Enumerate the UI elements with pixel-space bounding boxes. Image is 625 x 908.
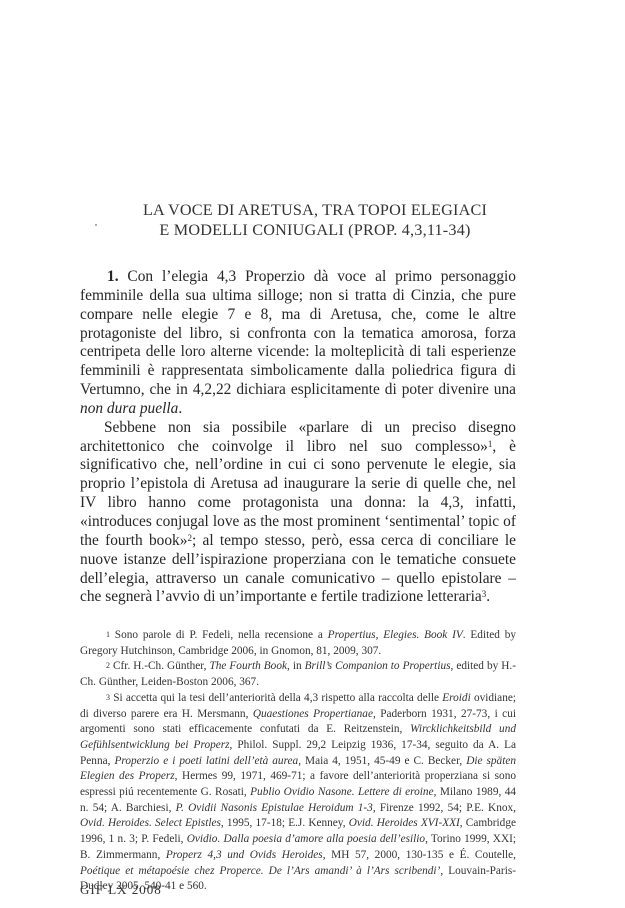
paragraph-1: 1. Con l’elegia 4,3 Properzio dà voce al… <box>80 268 516 419</box>
footnote-title: Quaestiones Propertianae <box>253 708 373 720</box>
footnote-title: Ovidio. Dalla poesia d’amore alla poesia… <box>187 833 425 845</box>
footnote-title: The Fourth Book <box>209 660 287 672</box>
footnote-1: 1 Sono parole di P. Fedeli, nella recens… <box>80 628 516 659</box>
footnote-text: , in <box>287 660 305 672</box>
footnote-text: , MH 57, 2000, 130-135 e É. Coutelle, <box>323 849 516 861</box>
footnote-mark: 2 <box>106 661 110 670</box>
title-line-1: LA VOCE DI ARETUSA, TRA TOPOI ELEGIACI <box>80 200 550 220</box>
section-number: 1. <box>107 268 119 285</box>
footnote-title: Eroidi <box>442 692 470 704</box>
footnote-title: Propertius, Elegies. Book IV <box>328 629 463 641</box>
footnote-title: P. Ovidii Nasonis Epistulae Heroidum 1-3 <box>176 802 373 814</box>
footnote-text: Cfr. H.-Ch. Günther, <box>110 660 209 672</box>
footnote-title: Properzio e i poeti latini dell’età aure… <box>114 755 298 767</box>
footnote-mark: 1 <box>106 630 110 639</box>
footnote-text: , Maia 4, 1951, 45-49 e C. Becker, <box>298 755 466 767</box>
paragraph-2-part-4: . <box>486 588 490 605</box>
footnote-title: Ovid. Heroides. Select Epistles <box>80 817 221 829</box>
footnotes: 1 Sono parole di P. Fedeli, nella recens… <box>80 628 516 895</box>
journal-footer: GIF LX 2008 <box>80 882 162 898</box>
footnote-3: 3 Si accetta qui la tesi dell’anteriorit… <box>80 691 516 895</box>
footnote-ref-1[interactable]: 1 <box>488 439 493 449</box>
paragraph-1-text: Con l’elegia 4,3 Properzio dà voce al pr… <box>80 268 516 398</box>
footnote-title: Brill’s Companion to Propertius <box>305 660 451 672</box>
footnote-title: Ovid. Heroides XVI-XXI <box>349 817 460 829</box>
footnote-text: Sono parole di P. Fedeli, nella recensio… <box>110 629 328 641</box>
footnote-2: 2 Cfr. H.-Ch. Günther, The Fourth Book, … <box>80 659 516 690</box>
paragraph-1-italic: non dura puella <box>80 400 178 417</box>
footnote-text: Si accetta qui la tesi dell’anteriorità … <box>110 692 442 704</box>
footnote-title: Publio Ovidio Nasone. Lettere di eroine <box>250 786 433 798</box>
paragraph-1-end: . <box>178 400 182 417</box>
footnote-ref-3[interactable]: 3 <box>482 589 487 599</box>
footnote-ref-2[interactable]: 2 <box>187 533 192 543</box>
title-line-2: E MODELLI CONIUGALI (PROP. 4,3,11-34) <box>80 220 550 240</box>
footnote-text: , Firenze 1992, 54; P.E. Knox, <box>373 802 516 814</box>
paragraph-2: Sebbene non sia possibile «parlare di un… <box>80 419 516 607</box>
footnote-title: Poétique et métapoésie chez Properce. De… <box>80 865 440 877</box>
body-text: 1. Con l’elegia 4,3 Properzio dà voce al… <box>80 268 516 607</box>
article-title: LA VOCE DI ARETUSA, TRA TOPOI ELEGIACI E… <box>80 200 550 240</box>
footnote-title: Properz 4,3 und Ovids Heroides <box>166 849 323 861</box>
paragraph-2-part-1: Sebbene non sia possibile «parlare di un… <box>80 419 516 455</box>
footnote-mark: 3 <box>106 693 110 702</box>
footnote-text: , 1995, 17-18; E.J. Kenney, <box>221 817 349 829</box>
